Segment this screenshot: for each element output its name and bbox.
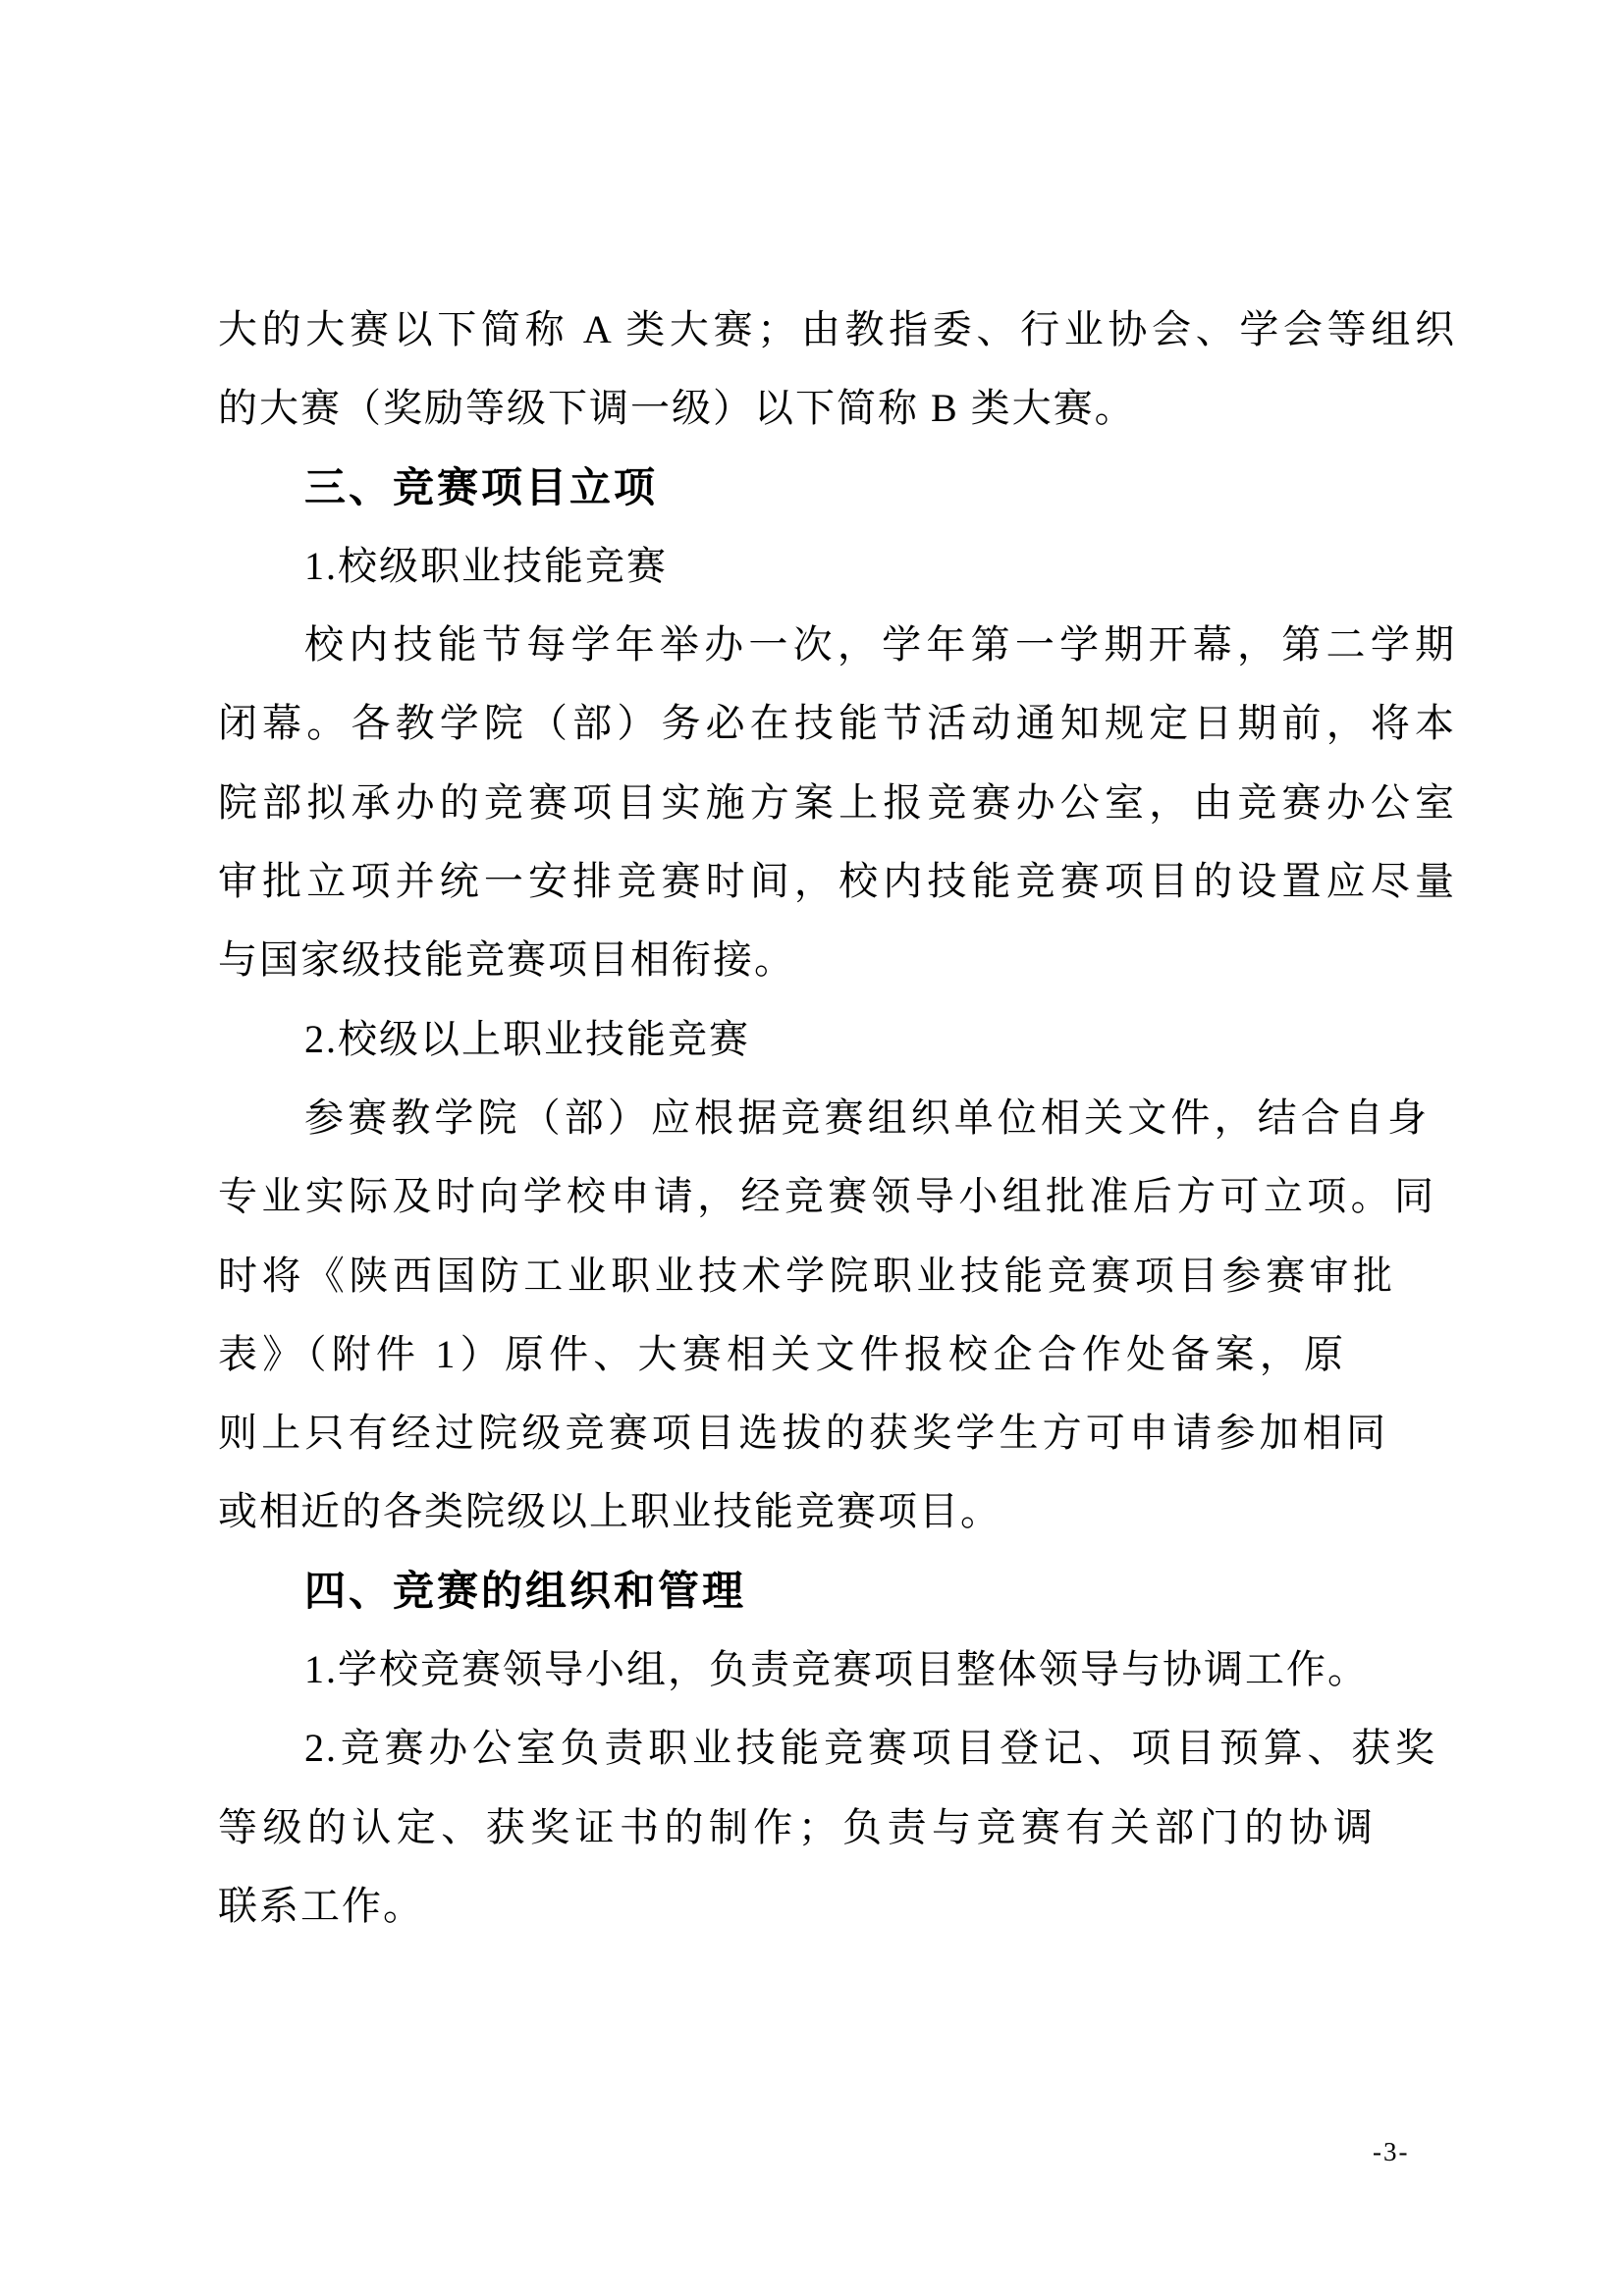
body-line: 联系工作。	[218, 1867, 1456, 1946]
body-line: 审批立项并统一安排竞赛时间，校内技能竞赛项目的设置应尽量	[218, 842, 1456, 921]
body-line: 或相近的各类院级以上职业技能竞赛项目。	[218, 1472, 1456, 1551]
document-body: 大的大赛以下简称 A 类大赛；由教指委、行业协会、学会等组织 的大赛（奖励等级下…	[218, 291, 1456, 1946]
body-line: 大的大赛以下简称 A 类大赛；由教指委、行业协会、学会等组织	[218, 291, 1456, 369]
heading-section-3: 三、竞赛项目立项	[218, 449, 1456, 527]
body-line: 等级的认定、获奖证书的制作；负责与竞赛有关部门的协调	[218, 1789, 1375, 1867]
list-item-line: 1.校级职业技能竞赛	[218, 527, 1456, 606]
body-line: 的大赛（奖励等级下调一级）以下简称 B 类大赛。	[218, 369, 1456, 448]
list-item-line: 1.学校竞赛领导小组，负责竞赛项目整体领导与协调工作。	[218, 1630, 1456, 1709]
body-line: 则上只有经过院级竞赛项目选拔的获奖学生方可申请参加相同	[218, 1394, 1387, 1472]
heading-section-4: 四、竞赛的组织和管理	[218, 1552, 1456, 1630]
body-line: 与国家级技能竞赛项目相衔接。	[218, 921, 1456, 999]
body-line: 闭幕。各教学院（部）务必在技能节活动通知规定日期前，将本	[218, 684, 1456, 763]
body-line: 院部拟承办的竞赛项目实施方案上报竞赛办公室，由竞赛办公室	[218, 764, 1456, 842]
document-page: 大的大赛以下简称 A 类大赛；由教指委、行业协会、学会等组织 的大赛（奖励等级下…	[0, 0, 1623, 2296]
body-line: 2.竞赛办公室负责职业技能竞赛项目登记、项目预算、获奖	[218, 1709, 1436, 1788]
body-line: 时将《陕西国防工业职业技术学院职业技能竞赛项目参赛审批	[218, 1237, 1394, 1315]
body-line: 专业实际及时向学校申请，经竞赛领导小组批准后方可立项。同	[218, 1157, 1435, 1236]
body-line: 参赛教学院（部）应根据竞赛组织单位相关文件，结合自身	[218, 1079, 1429, 1157]
body-line: 校内技能节每学年举办一次，学年第一学期开幕，第二学期	[218, 606, 1456, 684]
page-number: -3-	[1373, 2136, 1409, 2167]
list-item-line: 2.校级以上职业技能竞赛	[218, 1000, 1456, 1079]
body-line: 表》（附件 1）原件、大赛相关文件报校企合作处备案，原	[218, 1315, 1345, 1394]
